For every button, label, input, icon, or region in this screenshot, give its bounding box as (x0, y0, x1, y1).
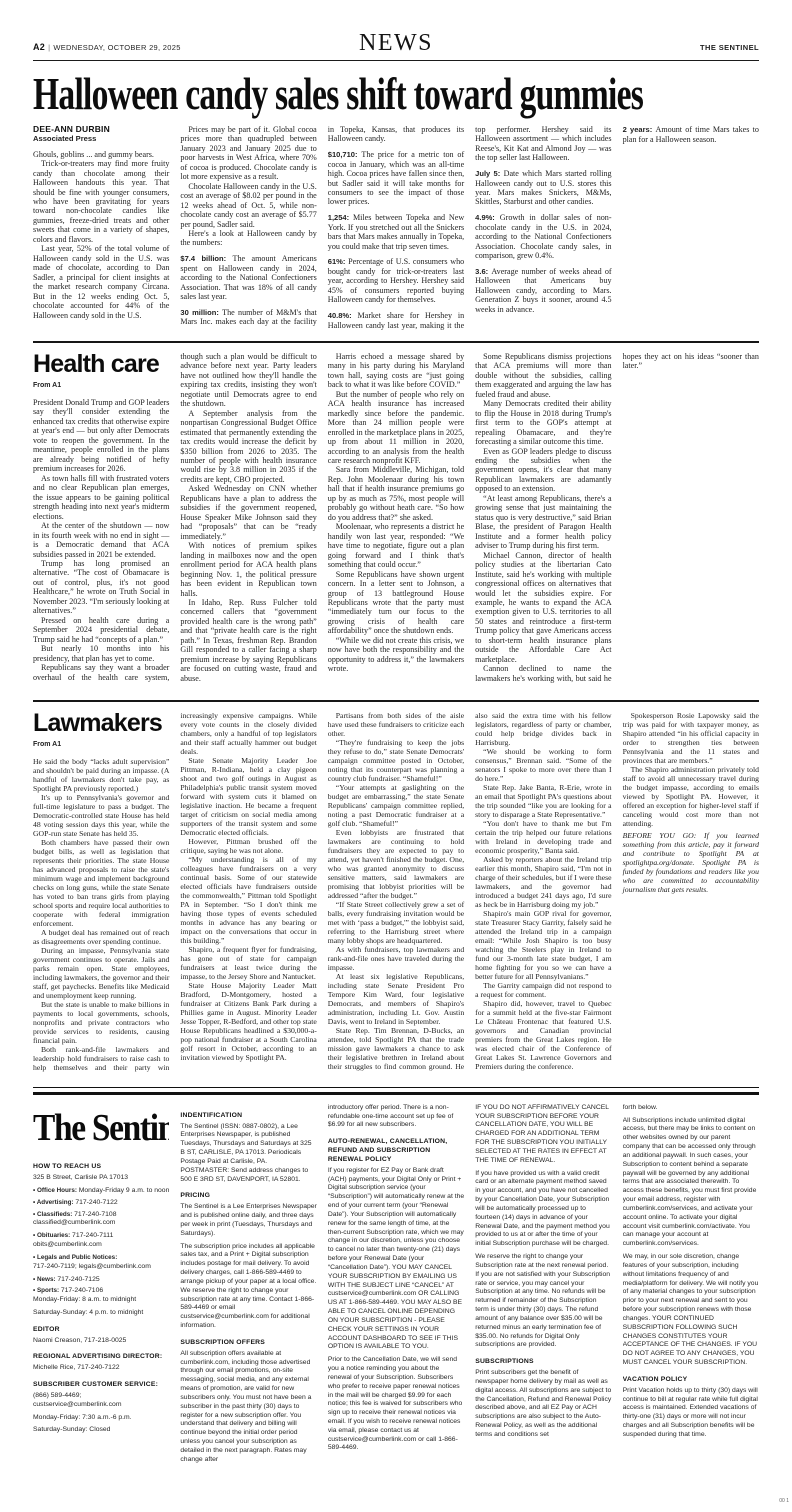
paragraph: President Donald Trump and GOP leaders s… (33, 398, 169, 474)
paragraph: 4.9%: Growth in dollar sales of non-choc… (475, 213, 611, 261)
paragraph: • Classifieds: 717-240-7108 (33, 1211, 169, 1220)
paragraph: Saturday-Sunday: 4 p.m. to midnight (33, 1309, 169, 1318)
paragraph: Prior to the Cancellation Date, we will … (328, 1356, 464, 1453)
paragraph-lead: 40.8%: (328, 311, 358, 320)
masthead: The Sentinel HOW TO REACH US325 B Street… (33, 1087, 759, 1502)
paragraph: Print subscribers get the benefit of new… (475, 1369, 611, 1440)
masthead-heading: SUBSCRIPTION OFFERS (180, 1339, 316, 1348)
paragraph: “Your attempts at gaslighting on the bud… (328, 783, 464, 828)
masthead-heading: PRICING (180, 1192, 316, 1201)
paragraph: As town halls fill with frustrated voter… (33, 474, 169, 521)
byline-organization: Associated Press (33, 135, 169, 144)
paragraph-lead: 61%: (328, 257, 348, 266)
lead-story-text: DEE-ANN DURBIN Associated Press Ghouls, … (33, 125, 759, 331)
paragraph-lead: • Classifieds: (33, 1211, 74, 1218)
paragraph: Asked by reporters about the Ireland tri… (475, 855, 611, 909)
paragraph: Partisans from both sides of the aisle h… (328, 711, 464, 738)
paragraph-lead: July 5: (475, 169, 503, 178)
masthead-heading: EDITOR (33, 1326, 169, 1335)
paragraph-lead: 4.9%: (475, 213, 500, 222)
paragraph: Even as GOP leaders pledge to discuss en… (475, 447, 611, 494)
health-care-story: Health care From A1 President Donald Tru… (33, 343, 759, 690)
paragraph-lead: 3.6: (475, 267, 491, 276)
masthead-identification-column: INDENTIFICATIONThe Sentinel (ISSN: 0887-… (180, 1104, 316, 1502)
paragraph: 3.6: Average number of weeks ahead of Ha… (475, 267, 611, 315)
paragraph: “At least among Republicans, there's a g… (475, 494, 611, 551)
masthead-heading: INDENTIFICATION (180, 1112, 316, 1121)
paragraph: Trick-or-treaters may find more fruity c… (33, 159, 169, 244)
paragraph: Harris echoed a message shared by many i… (328, 352, 464, 390)
main-headline: Halloween candy sales shift toward gummi… (33, 70, 563, 118)
paragraph: At the center of the shutdown — now in i… (33, 521, 169, 559)
paragraph: • News: 717-240-7125 (33, 1276, 169, 1285)
paragraph: A budget deal has remained out of reach … (33, 928, 169, 946)
section-header: Health care From A1 (33, 352, 169, 390)
paragraph: forth below. (623, 1104, 759, 1113)
paragraph: Shapiro's main GOP rival for governor, s… (475, 909, 611, 981)
paragraph: Print Vacation holds up to thirty (30) d… (623, 1387, 759, 1440)
masthead-heading: AUTO-RENEWAL, CANCELLATION, REFUND AND S… (328, 1138, 464, 1164)
paragraph: At least six legislative Republicans, in… (328, 972, 464, 1026)
paragraph: “My understanding is all of my colleague… (180, 855, 316, 945)
masthead-columns: The Sentinel HOW TO REACH US325 B Street… (33, 1104, 759, 1502)
paragraph: A September analysis from the nonpartisa… (180, 409, 316, 485)
paragraph: $7.4 billion: The amount Americans spent… (180, 254, 316, 302)
newspaper-page: A2|WEDNESDAY, OCTOBER 29, 2025 NEWS THE … (0, 0, 792, 1512)
masthead-heading: SUBSCRIBER CUSTOMER SERVICE: (33, 1381, 169, 1390)
paragraph-lead: • Office Hours: (33, 1187, 79, 1194)
paragraph: July 5: Date which Mars started rolling … (475, 169, 611, 207)
paragraph-lead: • News: (33, 1276, 57, 1283)
section-title: Health care (33, 352, 169, 377)
paragraph: $10,710: The price for a metric ton of c… (328, 150, 464, 207)
paragraph: He said the body “lacks adult supervisio… (33, 757, 169, 793)
paragraph: • Advertising: 717-240-7122 (33, 1199, 169, 1208)
paragraph-lead: 30 million: (180, 308, 222, 317)
paragraph: If you have provided us with a valid cre… (475, 1170, 611, 1249)
paragraph: All subscription offers available at cum… (180, 1350, 316, 1465)
paragraph: Trump has long promised an alternative. … (33, 559, 169, 616)
paragraph: However, Pittman brushed off the critiqu… (180, 837, 316, 855)
paragraph: As with fundraisers, top lawmakers and r… (328, 945, 464, 972)
paragraph-lead: 1,254: (328, 213, 353, 222)
paragraph: Asked Wednesday on CNN whether Republica… (180, 484, 316, 541)
paragraph-lead: $10,710: (328, 150, 362, 159)
paragraph: But nearly 10 months into his presidency… (33, 644, 169, 663)
page-number: A2 (33, 42, 45, 52)
paragraph: “We should be working to form consensus,… (475, 747, 611, 783)
paragraph: 2 years: Amount of time Mars takes to pl… (623, 125, 759, 144)
page-date: WEDNESDAY, OCTOBER 29, 2025 (53, 43, 180, 52)
lawmakers-story: Lawmakers From A1 He said the body “lack… (33, 702, 759, 1077)
masthead-divider-rule (33, 1087, 759, 1095)
paragraph: BEFORE YOU GO: If you learned something … (623, 831, 759, 894)
paragraph: 61%: Percentage of U.S. consumers who bo… (328, 257, 464, 305)
paragraph: 1,254: Miles between Topeka and New York… (328, 213, 464, 251)
paragraph: But the number of people who rely on ACA… (328, 390, 464, 466)
paragraph: “While we did not create this crisis, we… (328, 636, 464, 674)
paragraph: Monday-Friday: 8 a.m. to midnight (33, 1296, 169, 1305)
paragraph: State House Majority Leader Matt Bradfor… (180, 981, 316, 1062)
lawmakers-text: Lawmakers From A1 He said the body “lack… (33, 711, 759, 1077)
press-page-mark: 00 1 (779, 1498, 789, 1504)
paragraph: Moolenaar, who represents a district he … (328, 522, 464, 569)
paragraph: Both chambers have passed their own budg… (33, 838, 169, 928)
section-title: Lawmakers (33, 711, 169, 736)
paper-name: THE SENTINEL (433, 43, 759, 52)
continued-from-label: From A1 (33, 741, 169, 749)
paragraph: Here's a look at Halloween candy by the … (180, 229, 316, 248)
paragraph: Monday-Friday: 7:30 a.m.-6 p.m. (33, 1414, 169, 1423)
paragraph: “They're fundraising to keep the jobs th… (328, 738, 464, 783)
paragraph: • Sports: 717-240-7106 (33, 1287, 169, 1296)
folio-left: A2|WEDNESDAY, OCTOBER 29, 2025 (33, 42, 359, 52)
paragraph: • Office Hours: Monday-Friday 9 a.m. to … (33, 1187, 169, 1196)
paragraph-lead: • Legals and Public Notices: (33, 1254, 117, 1261)
paragraph: State Rep. Jake Banta, R-Erie, wrote in … (475, 783, 611, 819)
lead-story: DEE-ANN DURBIN Associated Press Ghouls, … (33, 125, 759, 331)
paragraph-lead: • Obituaries: (33, 1232, 72, 1239)
paragraph: With notices of premium spikes landing i… (180, 541, 316, 598)
paragraph: But the state is unable to make billions… (33, 1000, 169, 1045)
paragraph-lead: • Sports: (33, 1287, 61, 1294)
section-name: NEWS (359, 30, 433, 57)
paragraph: All Subscriptions include unlimited digi… (623, 1117, 759, 1249)
byline: DEE-ANN DURBIN Associated Press (33, 125, 169, 144)
paragraph: Prices may be part of it. Global cocoa p… (180, 125, 316, 182)
paragraph: 325 B Street, Carlisle PA 17013 (33, 1174, 169, 1183)
paper-logo: The Sentinel (33, 1104, 153, 1153)
paragraph: “If State Street collectively grew a set… (328, 900, 464, 945)
page-header: A2|WEDNESDAY, OCTOBER 29, 2025 NEWS THE … (33, 30, 759, 61)
paragraph: Last year, 52% of the total volume of Ha… (33, 244, 169, 320)
paragraph: It's up to Pennsylvania's governor and f… (33, 793, 169, 838)
paragraph: Shapiro, a frequent flyer for fundraisin… (180, 945, 316, 981)
paragraph: Pressed on health care during a Septembe… (33, 616, 169, 644)
paragraph: Many Democrats credited their ability to… (475, 399, 611, 446)
paragraph: Michelle Rice, 717-240-7122 (33, 1364, 169, 1373)
paragraph: Some Republicans dismiss projections tha… (475, 352, 611, 399)
paragraph: introductory offer period. There is a no… (328, 1104, 464, 1130)
paragraph: 717-240-7119; legals@cumberlink.com (33, 1263, 169, 1272)
paragraph: The Shapiro administration privately tol… (623, 765, 759, 828)
paragraph: In Idaho, Rep. Russ Fulcher told concern… (180, 598, 316, 683)
paragraph: Saturday-Sunday: Closed (33, 1426, 169, 1435)
paragraph: The subscription price includes all appl… (180, 1243, 316, 1331)
paragraph: Even lobbyists are frustrated that lawma… (328, 828, 464, 900)
paragraph: Michael Cannon, director of health polic… (475, 551, 611, 665)
continued-from-label: From A1 (33, 382, 169, 390)
paragraph: Some Republicans have shown urgent conce… (328, 570, 464, 636)
paragraph: Sara from Middleville, Michigan, told Re… (328, 465, 464, 522)
masthead-heading: VACATION POLICY (623, 1376, 759, 1385)
paragraph: The Sentinel (ISSN: 0887-0802), a Lee En… (180, 1123, 316, 1185)
masthead-renewal-policy-column: introductory offer period. There is a no… (328, 1104, 464, 1502)
paragraph-lead: $7.4 billion: (180, 254, 232, 263)
paragraph: Chocolate Halloween candy in the U.S. co… (180, 182, 316, 229)
contact-blocks: HOW TO REACH US325 B Street, Carlisle PA… (33, 1163, 169, 1435)
folio-separator: | (48, 43, 50, 52)
masthead-heading: REGIONAL ADVERTISING DIRECTOR: (33, 1353, 169, 1362)
paragraph: • Legals and Public Notices: (33, 1254, 169, 1263)
masthead-cancellation-column: IF YOU DO NOT AFFIRMATIVELY CANCEL YOUR … (475, 1104, 611, 1502)
paragraph: Naomi Creason, 717-218-0025 (33, 1337, 169, 1346)
paragraph: (866) 589-4469; custservice@cumberlink.c… (33, 1392, 169, 1410)
paragraph: The Sentinel is a Lee Enterprises Newspa… (180, 1203, 316, 1238)
masthead-heading: HOW TO REACH US (33, 1163, 169, 1172)
paragraph-lead: 2 years: (623, 125, 656, 134)
paragraph: Spokesperson Rosie Lapowsky said the tri… (623, 711, 759, 765)
paragraph: The Garrity campaign did not respond to … (475, 981, 611, 999)
paragraph-lead: • Advertising: (33, 1199, 75, 1206)
paragraph: Ghouls, goblins ... and gummy bears. (33, 150, 169, 159)
paragraph: classified@cumberlink.com (33, 1219, 169, 1228)
paragraph: During an impasse, Pennsylvania state go… (33, 946, 169, 1000)
paragraph: Shapiro did, however, travel to Quebec f… (475, 999, 611, 1071)
paragraph: obits@cumberlink.com (33, 1241, 169, 1250)
masthead-contact-column: The Sentinel HOW TO REACH US325 B Street… (33, 1104, 169, 1502)
paragraph: State Senate Majority Leader Joe Pittman… (180, 756, 316, 837)
paragraph: • Obituaries: 717-240-7111 (33, 1232, 169, 1241)
health-care-text: Health care From A1 President Donald Tru… (33, 352, 759, 690)
paragraph: If you register for EZ Pay or Bank draft… (328, 1167, 464, 1352)
paragraph: We may, in our sole discretion, change f… (623, 1253, 759, 1368)
section-header: Lawmakers From A1 (33, 711, 169, 749)
paragraph: We reserve the right to change your Subs… (475, 1253, 611, 1350)
paragraph: IF YOU DO NOT AFFIRMATIVELY CANCEL YOUR … (475, 1104, 611, 1166)
masthead-heading: SUBSCRIPTIONS (475, 1358, 611, 1367)
masthead-vacation-policy-column: forth below.All Subscriptions include un… (623, 1104, 759, 1502)
paragraph: “You don't have to thank me but I'm cert… (475, 819, 611, 855)
